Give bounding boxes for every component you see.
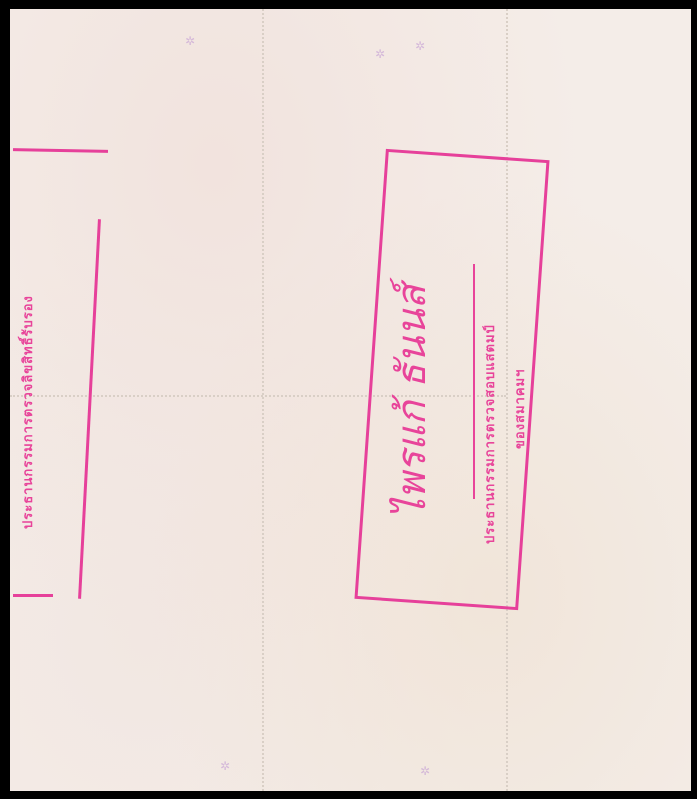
- left-stamp-right-edge: [78, 219, 101, 599]
- left-stamp-bottom-edge: [13, 594, 53, 597]
- signature-line: [473, 264, 475, 499]
- faint-mark: ✲: [375, 47, 385, 61]
- right-stamp-line1: ประธานกรรมการตรวจสอบแสตมป์: [480, 254, 501, 544]
- faint-mark: ✲: [220, 759, 230, 773]
- left-stamp-top-edge: [13, 148, 108, 153]
- left-stamp-text: ประธานกรรมการตรวจลิขสิทธิ์รับรอง: [18, 239, 39, 529]
- faint-mark: ✲: [185, 34, 195, 48]
- stamp-block-back: ✲ ✲ ✲ ✲ ✲ ประธานกรรมการตรวจลิขสิทธิ์รับร…: [10, 9, 691, 791]
- right-stamp-line2: ของสมาคมฯ: [510, 309, 531, 449]
- perforation-vertical-1: [262, 9, 264, 791]
- faint-mark: ✲: [420, 764, 430, 778]
- faint-mark: ✲: [415, 39, 425, 53]
- signature: ไพรแก้ ธันนส์: [380, 249, 444, 519]
